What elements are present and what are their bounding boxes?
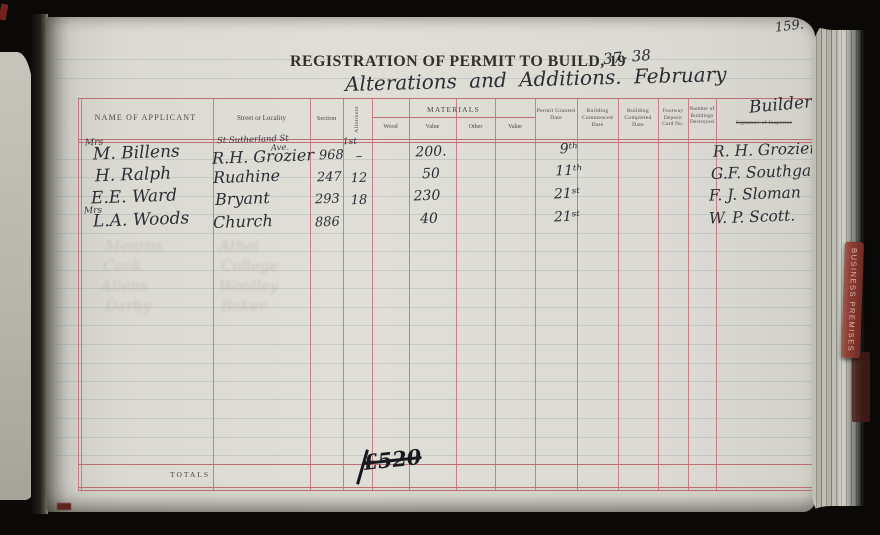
row1-builder: R. H. Grozier <box>713 141 817 160</box>
binding-red-mark-top <box>0 4 8 21</box>
column-rule <box>618 98 619 490</box>
row1-section-note: 1st <box>343 138 357 147</box>
col-header-street: Street or Locality <box>213 114 310 123</box>
row4-permit-date: 21ˢᵗ <box>545 209 589 225</box>
corner-shadow-bottom-right <box>802 506 880 535</box>
feint-rule <box>47 455 815 456</box>
col-header-commenced: Building Commenced Date <box>578 108 617 129</box>
col-header-completed: Building Completed Date <box>619 108 657 129</box>
col-header-signature: Signature of Inspector <box>716 120 812 127</box>
row4-name: L.A. Woods <box>93 210 190 230</box>
row2-value: 50 <box>409 166 453 182</box>
red-rule <box>372 117 535 118</box>
book-scan: 159. REGISTRATION OF PERMIT TO BUILD, 19… <box>0 0 880 535</box>
row2-section: 247 <box>317 171 342 185</box>
row4-builder: W. P. Scott. <box>709 208 796 227</box>
feint-rule <box>47 418 815 419</box>
col-header-allotment: Allotment <box>343 101 372 137</box>
row3-value: 230 <box>405 188 449 204</box>
col-header-section: Section <box>310 115 343 123</box>
corner-shadow-top-right <box>800 0 880 30</box>
row1-value: 200. <box>409 144 453 160</box>
column-rule <box>495 98 496 490</box>
col-header-builder-handwritten: Builder <box>748 94 813 116</box>
row1-name: M. Billens <box>93 143 180 163</box>
bleedthrough-name: Darby <box>105 299 151 314</box>
row1-permit-date: 9ᵗʰ <box>547 141 591 157</box>
register-page: 159. REGISTRATION OF PERMIT TO BUILD, 19… <box>47 17 815 512</box>
row4-street: Church <box>213 213 273 231</box>
col-header-value1: Value <box>409 124 456 132</box>
red-rule <box>78 490 812 491</box>
column-rule <box>535 98 536 490</box>
red-rule <box>78 139 812 140</box>
feint-rule <box>47 307 815 308</box>
col-header-materials: MATERIALS <box>372 105 535 114</box>
column-rule <box>688 98 689 490</box>
col-header-other: Other <box>456 124 495 132</box>
feint-rule <box>47 270 815 271</box>
totals-value-handwritten: £520 <box>362 446 422 473</box>
col-header-name: NAME OF APPLICANT <box>78 113 213 123</box>
row1-allotment: – <box>347 150 371 164</box>
row4-section: 886 <box>315 216 340 230</box>
col-header-permit: Permit Granted Date <box>536 108 576 122</box>
index-tab-business-premises: BUSINESS PREMISES <box>841 242 864 359</box>
col-header-destroyed: Number of Buildings Destroyed <box>689 106 715 126</box>
column-rule <box>577 98 578 490</box>
col-header-footway: Footway Deposit Card No. <box>659 108 687 128</box>
feint-rule <box>47 381 815 382</box>
row3-allotment: 18 <box>347 194 371 208</box>
feint-rule <box>47 325 815 326</box>
column-rule <box>81 98 82 490</box>
feint-rule <box>47 437 815 438</box>
column-rule <box>658 98 659 490</box>
row1-street: R.H. Grozier <box>212 147 314 167</box>
page-number: 159. <box>774 18 804 34</box>
row2-name: H. Ralph <box>95 166 172 186</box>
column-rule <box>372 98 373 490</box>
column-rule <box>456 98 457 490</box>
feint-rule <box>47 363 815 364</box>
red-rule <box>78 98 812 99</box>
col-header-value2: Value <box>495 124 535 132</box>
bleedthrough-street: Woolley <box>219 279 278 294</box>
totals-label: TOTALS <box>170 470 210 479</box>
row2-builder: G.F. Southgate <box>711 163 827 183</box>
index-tab-label: BUSINESS PREMISES <box>846 248 859 353</box>
previous-page-edge <box>0 52 33 500</box>
feint-rule <box>47 233 815 234</box>
red-rule <box>78 464 812 465</box>
row3-street: Bryant <box>215 190 270 208</box>
book-gutter <box>31 14 48 514</box>
bleedthrough-name: Cook <box>103 259 142 274</box>
row2-street: Ruahine <box>213 168 281 186</box>
bleedthrough-name: Mearns <box>105 239 163 254</box>
row3-builder: F. J. Sloman <box>709 185 801 204</box>
binding-red-mark-bottom <box>57 503 71 510</box>
row3-name: E.E. Ward <box>91 188 178 208</box>
row3-permit-date: 21ˢᵗ <box>545 186 589 202</box>
bleedthrough-street: Athol <box>219 239 259 254</box>
row2-allotment: 12 <box>347 172 371 186</box>
row3-section: 293 <box>315 193 340 207</box>
row1-section: 968 <box>319 149 344 163</box>
feint-rule <box>47 288 815 289</box>
col-header-wood: Wood <box>372 124 409 132</box>
feint-rule <box>47 399 815 400</box>
red-rule <box>78 487 812 488</box>
row4-value: 40 <box>407 211 451 227</box>
row2-permit-date: 11ᵗʰ <box>547 163 591 179</box>
column-rule <box>78 98 79 490</box>
bleedthrough-street: Baker <box>221 299 266 314</box>
index-tab-shadow <box>852 352 870 422</box>
feint-rule <box>47 344 815 345</box>
bleedthrough-street: College <box>221 259 278 274</box>
bleedthrough-name: Allens <box>101 279 148 294</box>
